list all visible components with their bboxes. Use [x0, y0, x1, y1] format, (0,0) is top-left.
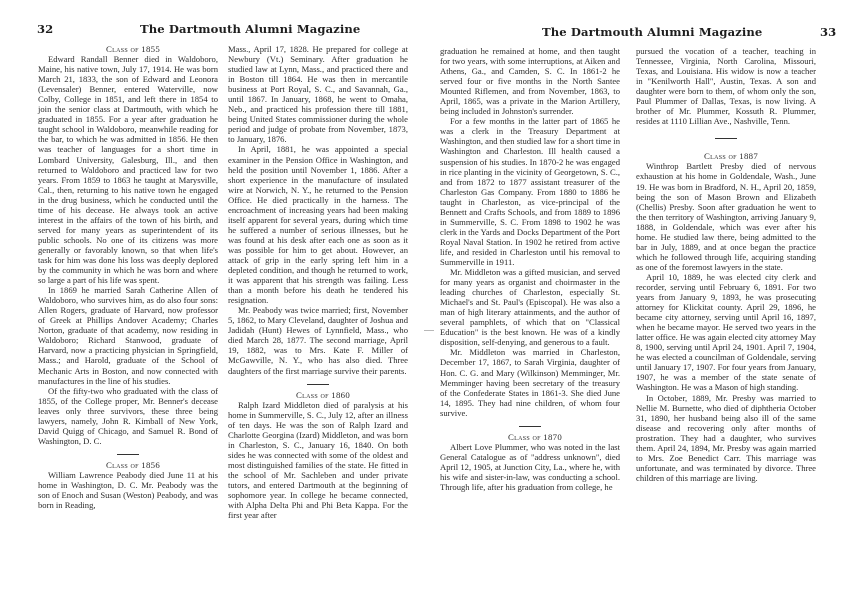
- paragraph: Mass., April 17, 1828. He prepared for c…: [228, 44, 408, 144]
- left-page: 32 The Dartmouth Alumni Magazine Class o…: [0, 0, 426, 600]
- right-page: The Dartmouth Alumni Magazine 33 graduat…: [426, 0, 852, 600]
- page-number: 32: [37, 22, 53, 36]
- column-left-1: Class of 1855 Edward Randall Benner died…: [38, 44, 218, 510]
- paragraph: Mr. Middleton was a gifted musician, and…: [440, 267, 620, 347]
- paragraph: Albert Love Plummer, who was noted in th…: [440, 442, 620, 492]
- paragraph: Of the fifty-two who graduated with the …: [38, 386, 218, 446]
- class-heading: Class of 1856: [38, 460, 218, 470]
- column-right-1: graduation he remained at home, and then…: [440, 46, 620, 492]
- running-head: The Dartmouth Alumni Magazine: [542, 25, 762, 39]
- class-heading: Class of 1860: [228, 390, 408, 400]
- section-divider: [307, 384, 329, 385]
- class-heading: Class of 1887: [636, 151, 816, 161]
- paragraph: William Lawrence Peabody died June 11 at…: [38, 470, 218, 510]
- paragraph: April 10, 1889, he was elected city cler…: [636, 272, 816, 393]
- column-right-2: pursued the vocation of a teacher, teach…: [636, 46, 816, 483]
- paragraph: pursued the vocation of a teacher, teach…: [636, 46, 816, 126]
- paragraph: graduation he remained at home, and then…: [440, 46, 620, 116]
- paragraph: Mr. Middleton was married in Charleston,…: [440, 347, 620, 417]
- paragraph: For a few months in the latter part of 1…: [440, 116, 620, 267]
- paragraph: In 1869 he married Sarah Catherine Allen…: [38, 285, 218, 385]
- class-heading: Class of 1870: [440, 432, 620, 442]
- section-divider: [117, 454, 139, 455]
- paragraph: Ralph Izard Middleton died of paralysis …: [228, 400, 408, 521]
- paragraph: Edward Randall Benner died in Waldoboro,…: [38, 54, 218, 285]
- paragraph: In April, 1881, he was appointed a speci…: [228, 144, 408, 305]
- running-head: The Dartmouth Alumni Magazine: [140, 22, 360, 36]
- class-heading: Class of 1855: [38, 44, 218, 54]
- column-left-2: Mass., April 17, 1828. He prepared for c…: [228, 44, 408, 520]
- page-number: 33: [820, 25, 836, 39]
- paragraph: Winthrop Bartlett Presby died of nervous…: [636, 161, 816, 272]
- paragraph: In October, 1889, Mr. Presby was married…: [636, 393, 816, 483]
- section-divider: [715, 138, 737, 139]
- section-divider: [519, 426, 541, 427]
- paragraph: Mr. Peabody was twice married; first, No…: [228, 305, 408, 375]
